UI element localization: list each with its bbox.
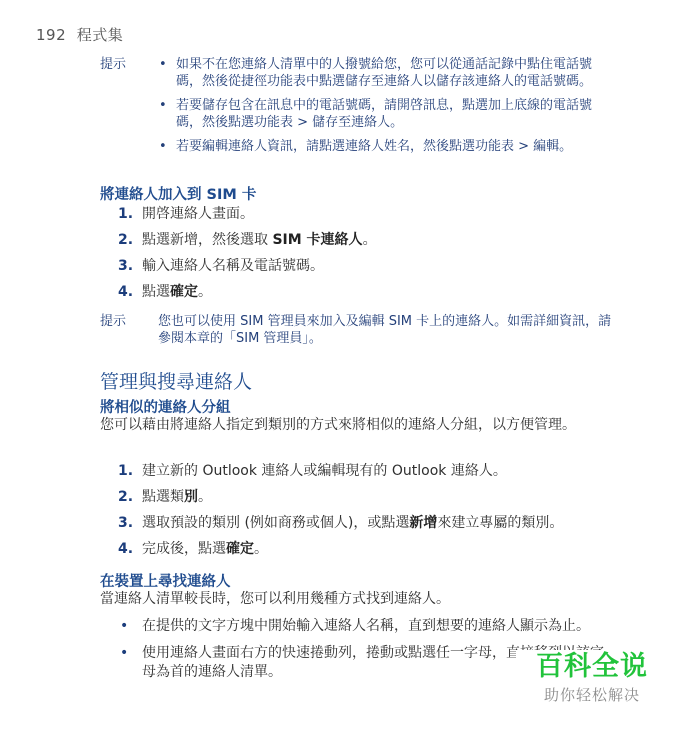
step-item: 4.完成後，點選確定。: [118, 539, 563, 565]
section-heading-manage: 管理與搜尋連絡人: [100, 367, 252, 394]
step-item: 3.選取預設的類別 (例如商務或個人)，或點選新增來建立專屬的類別。: [118, 513, 563, 539]
tip-bullet-item: •若要儲存包含在訊息中的電話號碼，請開啓訊息，點選加上底線的電話號碼，然後點選功…: [156, 97, 616, 131]
step-item: 4.點選確定。: [118, 282, 377, 308]
step-item: 3.輸入連絡人名稱及電話號碼。: [118, 256, 377, 282]
bullet-icon: •: [120, 617, 128, 636]
bullet-icon: •: [120, 644, 128, 663]
watermark-title: 百科全说: [522, 650, 662, 684]
group-steps-list: 1.建立新的 Outlook 連絡人或編輯現有的 Outlook 連絡人。 2.…: [118, 461, 563, 565]
group-intro: 您可以藉由將連絡人指定到類別的方式來將相似的連絡人分組，以方便管理。: [100, 415, 620, 435]
tip-label: 提示: [100, 56, 126, 73]
bullet-icon: •: [159, 138, 167, 155]
tip-box-2: 提示 您也可以使用 SIM 管理員來加入及編輯 SIM 卡上的連絡人。如需詳細資…: [100, 313, 620, 353]
step-item: 1.建立新的 Outlook 連絡人或編輯現有的 Outlook 連絡人。: [118, 461, 563, 487]
subheading-find: 在裝置上尋找連絡人: [100, 570, 231, 591]
subheading-group: 將相似的連絡人分組: [100, 396, 231, 417]
chapter-title: 程式集: [77, 26, 124, 44]
tip-bullet-list: •如果不在您連絡人清單中的人撥號給您，您可以從通話記錄中點住電話號碼，然後從捷徑…: [156, 56, 616, 162]
tip-box-1: 提示 •如果不在您連絡人清單中的人撥號給您，您可以從通話記錄中點住電話號碼，然後…: [100, 56, 620, 176]
tip-text: 您也可以使用 SIM 管理員來加入及編輯 SIM 卡上的連絡人。如需詳細資訊，請…: [158, 313, 613, 347]
find-intro: 當連絡人清單較長時，您可以利用幾種方式找到連絡人。: [100, 589, 620, 609]
page-header: 192 程式集: [36, 24, 123, 45]
tip-bullet-item: •如果不在您連絡人清單中的人撥號給您，您可以從通話記錄中點住電話號碼，然後從捷徑…: [156, 56, 616, 90]
watermark-subtitle: 助你轻松解决: [522, 684, 662, 706]
tip-bullet-item: •若要編輯連絡人資訊，請點選連絡人姓名，然後點選功能表 > 編輯。: [156, 138, 616, 155]
page-number: 192: [36, 26, 66, 44]
step-item: 2.點選類別。: [118, 487, 563, 513]
bullet-icon: •: [159, 56, 167, 73]
tip-label: 提示: [100, 313, 126, 330]
step-item: 1.開啓連絡人畫面。: [118, 204, 377, 230]
sim-steps-list: 1.開啓連絡人畫面。 2.點選新增，然後選取 SIM 卡連絡人。 3.輸入連絡人…: [118, 204, 377, 308]
bullet-item: •在提供的文字方塊中開始輸入連絡人名稱，直到想要的連絡人顯示為止。: [118, 617, 608, 636]
section-heading-sim: 將連絡人加入到 SIM 卡: [100, 183, 256, 204]
watermark-logo: 百科全说 助你轻松解决: [516, 650, 662, 706]
bullet-icon: •: [159, 97, 167, 114]
step-item: 2.點選新增，然後選取 SIM 卡連絡人。: [118, 230, 377, 256]
